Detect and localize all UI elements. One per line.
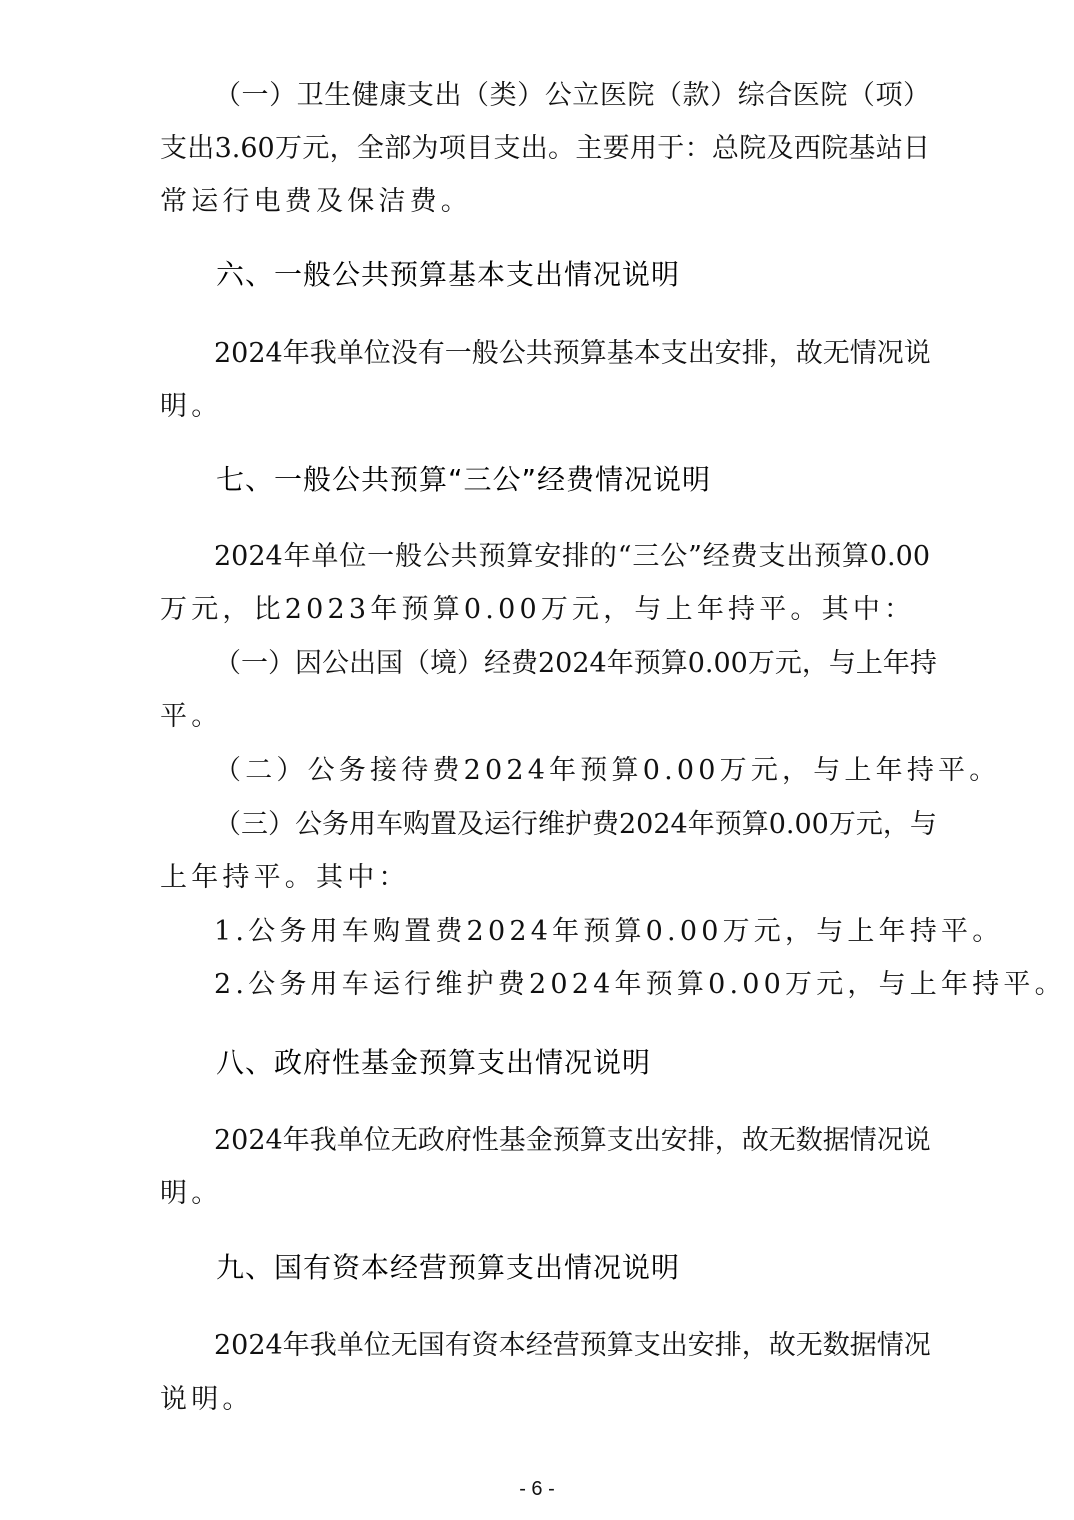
- paragraph-state-capital-line-1: 2024年我单位无国有资本经营预算支出安排，故无数据情况: [214, 1329, 930, 1363]
- paragraph-overseas-line-2: 平。: [160, 700, 930, 734]
- page-number: - 6 -: [0, 1478, 1074, 1501]
- document-page: （一）卫生健康支出（类）公立医院（款）综合医院（项） 支出3.60万元，全部为项…: [0, 0, 1074, 1520]
- paragraph-health-expenditure-line-3: 常运行电费及保洁费。: [160, 185, 930, 219]
- paragraph-vehicle-purchase: 1.公务用车购置费2024年预算0.00万元，与上年持平。: [214, 915, 930, 949]
- paragraph-vehicles-line-2: 上年持平。其中：: [160, 861, 930, 895]
- paragraph-three-public-line-2: 万元，比2023年预算0.00万元，与上年持平。其中：: [160, 593, 930, 627]
- paragraph-overseas-line-1: （一）因公出国（境）经费2024年预算0.00万元，与上年持: [214, 647, 930, 681]
- paragraph-state-capital-line-2: 说明。: [160, 1383, 930, 1417]
- paragraph-basic-expenditure-line-1: 2024年我单位没有一般公共预算基本支出安排，故无情况说: [214, 337, 930, 371]
- paragraph-vehicle-maintenance: 2.公务用车运行维护费2024年预算0.00万元，与上年持平。: [214, 968, 930, 1002]
- paragraph-health-expenditure-line-2: 支出3.60万元，全部为项目支出。主要用于：总院及西院基站日: [160, 132, 930, 166]
- paragraph-reception: （二）公务接待费2024年预算0.00万元，与上年持平。: [214, 754, 930, 788]
- paragraph-basic-expenditure-line-2: 明。: [160, 390, 930, 424]
- paragraph-vehicles-line-1: （三）公务用车购置及运行维护费2024年预算0.00万元，与: [214, 808, 930, 842]
- section-heading-6: 六、一般公共预算基本支出情况说明: [216, 258, 680, 292]
- section-heading-7: 七、一般公共预算“三公”经费情况说明: [216, 463, 711, 497]
- section-heading-9: 九、国有资本经营预算支出情况说明: [216, 1251, 680, 1285]
- paragraph-health-expenditure-line-1: （一）卫生健康支出（类）公立医院（款）综合医院（项）: [214, 79, 930, 113]
- paragraph-gov-fund-line-1: 2024年我单位无政府性基金预算支出安排，故无数据情况说: [214, 1124, 930, 1158]
- paragraph-gov-fund-line-2: 明。: [160, 1177, 930, 1211]
- paragraph-three-public-line-1: 2024年单位一般公共预算安排的“三公”经费支出预算0.00: [214, 540, 930, 574]
- section-heading-8: 八、政府性基金预算支出情况说明: [216, 1046, 651, 1080]
